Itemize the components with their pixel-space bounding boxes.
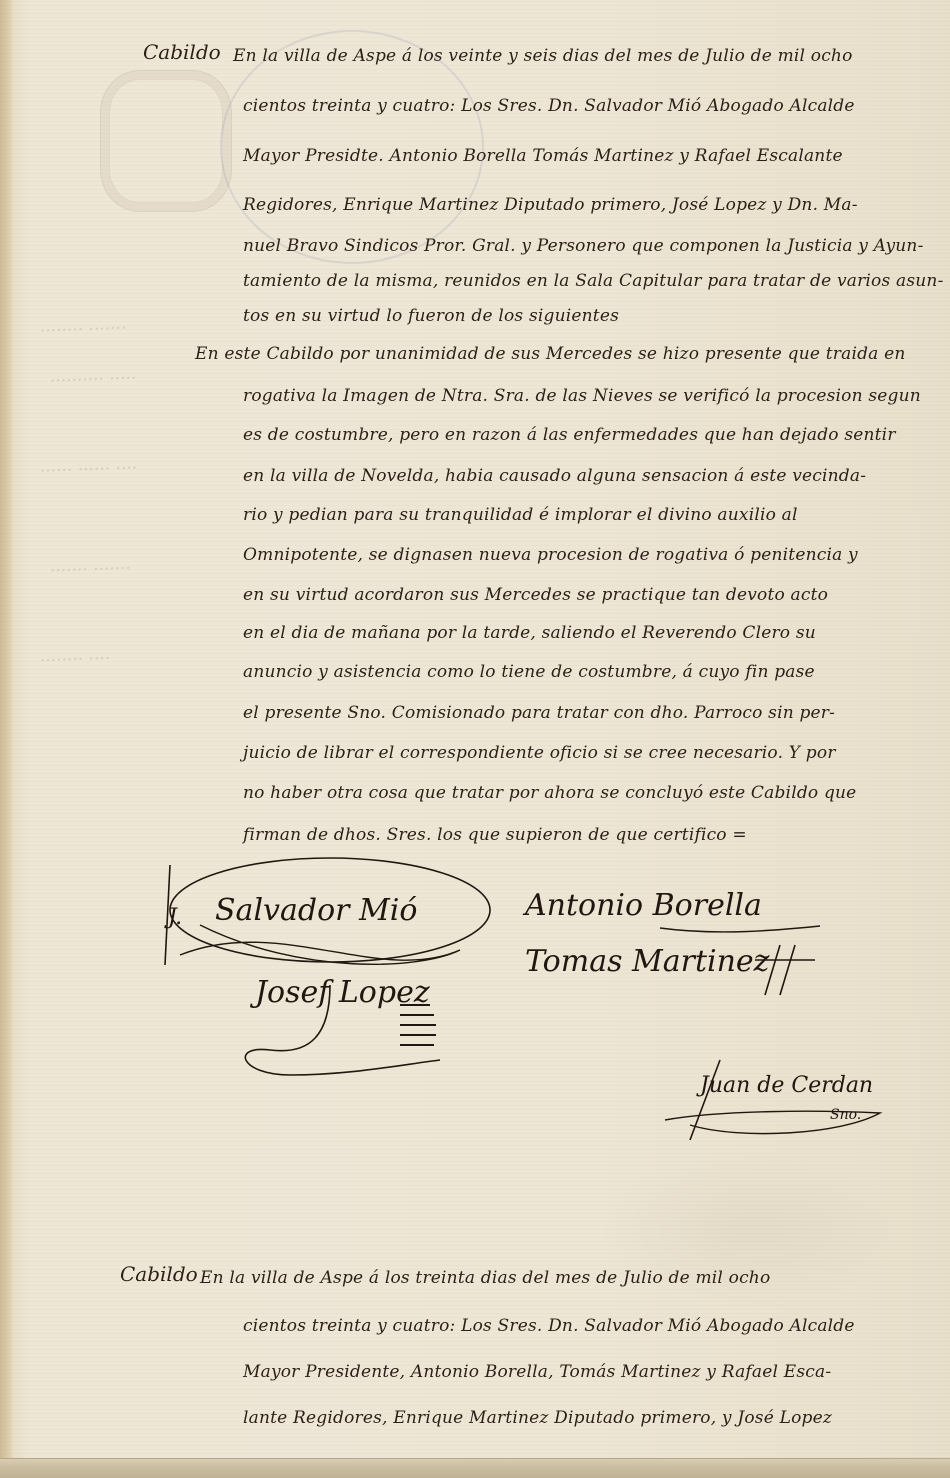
text-line: es de costumbre, pero en razon á las enf… [243, 425, 896, 445]
bleed-through-text: ······ ······ ···· [40, 458, 138, 481]
text-line: en el dia de mañana por la tarde, salien… [243, 623, 816, 643]
margin-heading-cabildo: Cabildo [120, 1262, 198, 1286]
text-line: el presente Sno. Comisionado para tratar… [243, 703, 835, 723]
text-line: cientos treinta y cuatro: Los Sres. Dn. … [243, 1316, 855, 1336]
text-line: cientos treinta y cuatro: Los Sres. Dn. … [243, 96, 855, 116]
signature-juan-cerdan: Juan de Cerdan Sno. [660, 1055, 900, 1155]
text-line: En este Cabildo por unanimidad de sus Me… [195, 344, 906, 364]
page-left-edge [0, 0, 12, 1478]
text-line: lante Regidores, Enrique Martinez Diputa… [243, 1408, 832, 1428]
text-line: rogativa la Imagen de Ntra. Sra. de las … [243, 386, 921, 406]
bleed-through-text: ·········· ····· [50, 368, 137, 391]
text-line: tamiento de la misma, reunidos en la Sal… [243, 271, 944, 291]
text-line: juicio de librar el correspondiente ofic… [243, 743, 836, 763]
bleed-through-text: ······· ······· [50, 559, 132, 582]
text-line: anuncio y asistencia como lo tiene de co… [243, 662, 815, 682]
text-line: firman de dhos. Sres. los que supieron d… [243, 825, 747, 845]
text-line: nuel Bravo Sindicos Pror. Gral. y Person… [243, 236, 924, 256]
signature-rubric-icon [525, 940, 825, 1000]
text-line: Regidores, Enrique Martinez Diputado pri… [243, 195, 858, 215]
text-line: en la villa de Novelda, habia causado al… [243, 466, 866, 486]
signature-salvador-mio: J. Salvador Mió [160, 855, 500, 975]
text-line: Mayor Presidte. Antonio Borella Tomás Ma… [243, 146, 843, 166]
signature-flourish-icon [660, 1055, 900, 1155]
signature-prefix: J. [168, 905, 182, 930]
page-bottom-edge [0, 1458, 950, 1478]
bleed-through-text: ········ ······· [40, 318, 127, 341]
signature-tomas-martinez: Tomas Martinez [525, 940, 825, 1000]
text-line: Mayor Presidente, Antonio Borella, Tomás… [243, 1362, 831, 1382]
bleed-through-text: ········ ···· [40, 649, 111, 671]
text-line: En la villa de Aspe á los veinte y seis … [233, 46, 853, 66]
signature-josef-lopez: Josef Lopez [230, 965, 470, 1085]
paper-texture [0, 0, 950, 1478]
text-line: Omnipotente, se dignasen nueva procesion… [243, 545, 858, 565]
text-line: en su virtud acordaron sus Mercedes se p… [243, 585, 828, 605]
text-line: tos en su virtud lo fueron de los siguie… [243, 306, 619, 326]
margin-heading-cabildo: Cabildo [143, 40, 221, 64]
text-line: rio y pedian para su tranquilidad é impl… [243, 505, 798, 525]
embossed-seal [100, 70, 232, 212]
text-line: En la villa de Aspe á los treinta dias d… [200, 1268, 770, 1288]
text-line: no haber otra cosa que tratar por ahora … [243, 783, 856, 803]
signature-underline-icon [520, 880, 830, 940]
signature-name: Salvador Mió [215, 893, 417, 928]
signature-antonio-borella: Antonio Borella [520, 880, 830, 940]
signature-rubric-icon [230, 965, 470, 1085]
